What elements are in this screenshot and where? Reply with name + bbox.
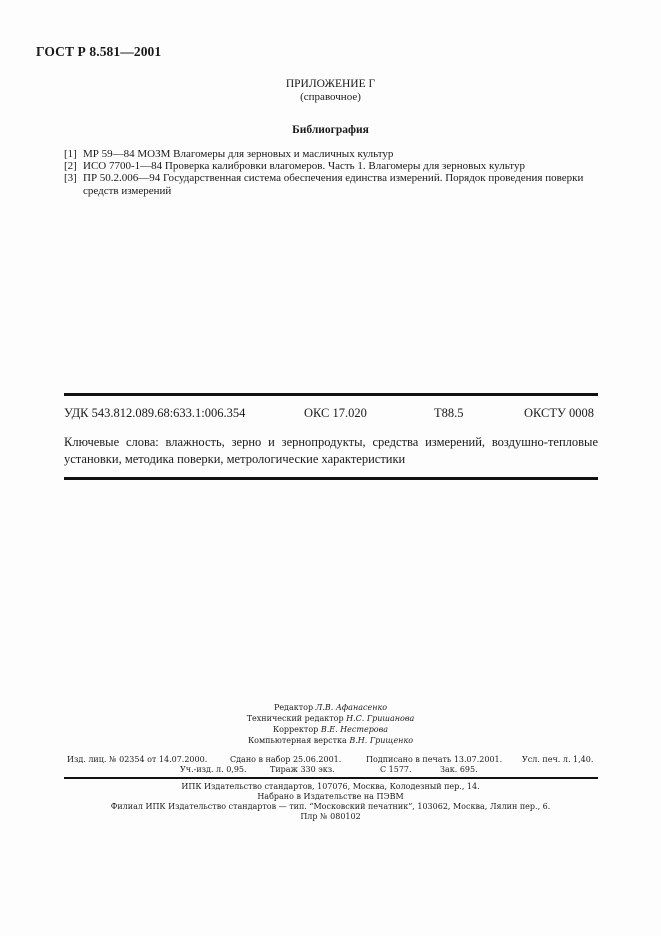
bibliography-item: [3]ПР 50.2.006—94 Государственная систем… [64, 172, 583, 184]
ref-continuation: средств измерений [83, 185, 171, 197]
credit-role: Корректор [273, 725, 318, 734]
ref-number: [3] [64, 172, 83, 184]
print-sheets: Усл. печ. л. 1,40. [522, 755, 593, 764]
divider-imprint [64, 777, 598, 779]
divider-bottom [64, 477, 598, 480]
circulation: Тираж 330 экз. [270, 765, 335, 774]
divider-top [64, 393, 598, 396]
bibliography-title: Библиография [0, 124, 661, 136]
credit-name: В.Н. Грищенко [349, 736, 413, 745]
credit-proofreader: Корректор В.Е. Нестерова [0, 725, 661, 734]
credit-tech-editor: Технический редактор Н.С. Гришанова [0, 714, 661, 723]
document-code: ГОСТ Р 8.581—2001 [36, 44, 161, 60]
imprint-line-2: Набрано в Издательстве на ПЭВМ [0, 792, 661, 801]
credit-role: Редактор [274, 703, 313, 712]
oks-code: ОКС 17.020 [304, 406, 367, 421]
credit-name: Н.С. Гришанова [346, 714, 414, 723]
keywords-line-2: установки, методика поверки, метрологиче… [64, 451, 598, 468]
ref-text: МР 59—84 МОЗМ Влагомеры для зерновых и м… [83, 148, 393, 160]
signed-date: Подписано в печать 13.07.2001. [366, 755, 502, 764]
appendix-subtitle: (справочное) [0, 91, 661, 103]
imprint-line-4: Плр № 080102 [0, 812, 661, 821]
ref-number: [2] [64, 160, 83, 172]
typeset-date: Сдано в набор 25.06.2001. [230, 755, 341, 764]
ref-text: ПР 50.2.006—94 Государственная система о… [83, 172, 583, 184]
credit-role: Компьютерная верстка [248, 736, 347, 745]
keywords-line-1: Ключевые слова: влажность, зерно и зерно… [64, 434, 598, 451]
license-info: Изд. лиц. № 02354 от 14.07.2000. [67, 755, 207, 764]
appendix-title: ПРИЛОЖЕНИЕ Г [0, 78, 661, 90]
imprint-line-1: ИПК Издательство стандартов, 107076, Мос… [0, 782, 661, 791]
ref-text: ИСО 7700-1—84 Проверка калибровки влагом… [83, 160, 525, 172]
bibliography-item: [2]ИСО 7700-1—84 Проверка калибровки вла… [64, 160, 525, 172]
credit-editor: Редактор Л.В. Афанасенко [0, 703, 661, 712]
t-code: Т88.5 [434, 406, 464, 421]
imprint-line-3: Филиал ИПК Издательство стандартов — тип… [0, 802, 661, 811]
bibliography-item: [1]МР 59—84 МОЗМ Влагомеры для зерновых … [64, 148, 393, 160]
ref-number: [1] [64, 148, 83, 160]
credit-role: Технический редактор [247, 714, 344, 723]
credit-name: Л.В. Афанасенко [316, 703, 387, 712]
order-number: Зак. 695. [440, 765, 478, 774]
credit-name: В.Е. Нестерова [321, 725, 388, 734]
udk-code: УДК 543.812.089.68:633.1:006.354 [64, 406, 245, 421]
okstu-code: ОКСТУ 0008 [524, 406, 594, 421]
credit-layout: Компьютерная верстка В.Н. Грищенко [0, 736, 661, 745]
c-code: С 1577. [380, 765, 412, 774]
pub-sheets: Уч.-изд. л. 0,95. [180, 765, 247, 774]
